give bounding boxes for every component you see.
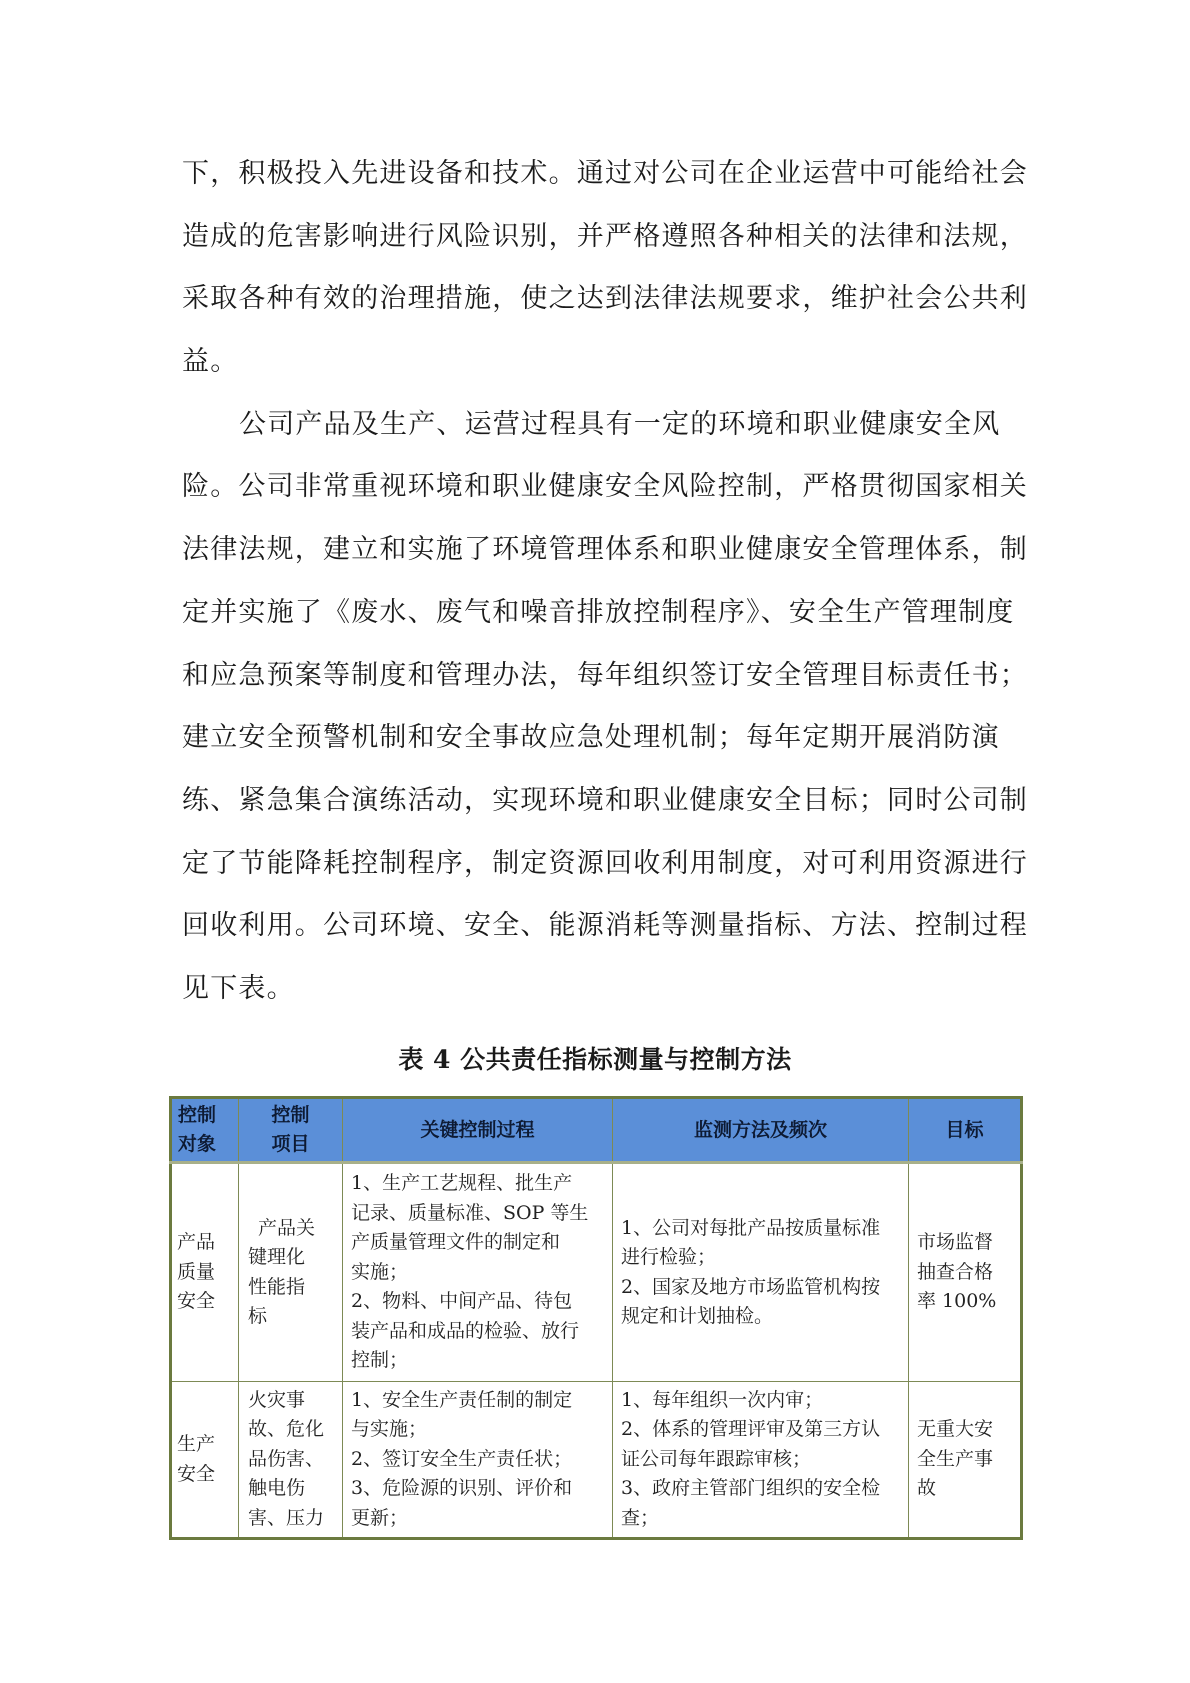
text-line: 和应急预案等制度和管理办法，每年组织签订安全管理目标责任书； [182,645,1012,708]
cell-text: 1、安全生产责任制的制定 [351,1386,604,1416]
cell-control-item: 产品关 键理化 性能指 标 [239,1163,343,1382]
public-responsibility-table: 控制 对象 控制 项目 关键控制过程 监测方法及频次 目标 [169,1096,1023,1540]
text-line: 法律法规，建立和实施了环境管理体系和职业健康安全管理体系，制 [182,519,1012,582]
cell-text: 故 [917,1474,1012,1504]
header-text: 对象 [178,1130,234,1159]
cell-text: 进行检验； [621,1243,900,1273]
text-line-indented: 公司产品及生产、运营过程具有一定的环境和职业健康安全风 [182,394,1012,457]
cell-text: 查； [621,1504,900,1534]
cell-monitoring-method: 1、公司对每批产品按质量标准 进行检验； 2、国家及地方市场监管机构按 规定和计… [613,1163,909,1382]
header-target: 目标 [909,1098,1022,1163]
header-text: 控制 [178,1101,234,1130]
header-control-object: 控制 对象 [171,1098,239,1163]
cell-text: 2、物料、中间产品、待包 [351,1287,604,1317]
text-line: 造成的危害影响进行风险识别，并严格遵照各种相关的法律和法规， [182,206,1012,269]
cell-target: 无重大安 全生产事 故 [909,1382,1022,1539]
cell-key-process: 1、生产工艺规程、批生产 记录、质量标准、SOP 等生 产质量管理文件的制定和 … [343,1163,613,1382]
header-monitoring-method: 监测方法及频次 [613,1098,909,1163]
cell-text: 装产品和成品的检验、放行 [351,1317,604,1347]
text-line: 见下表。 [182,958,1012,1021]
table-row: 生产 安全 火灾事 故、危化 品伤害、 触电伤 害、压力 1、安全生产责任制的制… [171,1382,1022,1539]
table-caption: 表 4 公共责任指标测量与控制方法 [0,1040,1190,1076]
cell-text: 安全 [177,1460,230,1490]
text-line: 回收利用。公司环境、安全、能源消耗等测量指标、方法、控制过程 [182,895,1012,958]
cell-control-object: 产品 质量 安全 [171,1163,239,1382]
cell-text: 故、危化 [248,1415,334,1445]
header-text: 项目 [243,1130,338,1159]
text-line: 定并实施了《废水、废气和噪音排放控制程序》、安全生产管理制度 [182,582,1012,645]
cell-monitoring-method: 1、每年组织一次内审； 2、体系的管理评审及第三方认 证公司每年跟踪审核； 3、… [613,1382,909,1539]
cell-text: 实施； [351,1258,604,1288]
header-text: 目标 [913,1116,1016,1145]
cell-text: 2、国家及地方市场监管机构按 [621,1273,900,1303]
text-line: 采取各种有效的治理措施，使之达到法律法规要求，维护社会公共利 [182,268,1012,331]
cell-text: 与实施； [351,1415,604,1445]
cell-text: 抽查合格 [917,1258,1012,1288]
cell-text: 标 [248,1302,334,1332]
header-control-item: 控制 项目 [239,1098,343,1163]
cell-text: 2、签订安全生产责任状； [351,1445,604,1475]
header-key-process: 关键控制过程 [343,1098,613,1163]
header-text: 监测方法及频次 [617,1116,904,1145]
cell-control-item: 火灾事 故、危化 品伤害、 触电伤 害、压力 [239,1382,343,1539]
text-line: 益。 [182,331,1012,394]
cell-text: 控制； [351,1346,604,1376]
cell-text: 全生产事 [917,1445,1012,1475]
cell-text: 品伤害、 [248,1445,334,1475]
cell-key-process: 1、安全生产责任制的制定 与实施； 2、签订安全生产责任状； 3、危险源的识别、… [343,1382,613,1539]
cell-text: 记录、质量标准、SOP 等生 [351,1199,604,1229]
header-text: 关键控制过程 [347,1116,608,1145]
text-line: 练、紧急集合演练活动，实现环境和职业健康安全目标；同时公司制 [182,770,1012,833]
cell-text: 规定和计划抽检。 [621,1302,900,1332]
cell-text: 更新； [351,1504,604,1534]
cell-text: 火灾事 [248,1386,334,1416]
header-text: 控制 [243,1101,338,1130]
cell-control-object: 生产 安全 [171,1382,239,1539]
cell-text: 键理化 [248,1243,334,1273]
table-header-row: 控制 对象 控制 项目 关键控制过程 监测方法及频次 目标 [171,1098,1022,1163]
table-row: 产品 质量 安全 产品关 键理化 性能指 标 1、生产工艺规程、批生产 记录、质… [171,1163,1022,1382]
cell-target: 市场监督 抽查合格 率 100% [909,1163,1022,1382]
text-line: 定了节能降耗控制程序，制定资源回收利用制度，对可利用资源进行 [182,833,1012,896]
text-line: 建立安全预警机制和安全事故应急处理机制；每年定期开展消防演 [182,707,1012,770]
text-line: 下，积极投入先进设备和技术。通过对公司在企业运营中可能给社会 [182,143,1012,206]
cell-text: 生产 [177,1430,230,1460]
cell-text: 产质量管理文件的制定和 [351,1228,604,1258]
cell-text: 1、公司对每批产品按质量标准 [621,1214,900,1244]
cell-text: 性能指 [248,1273,334,1303]
cell-text: 产品关 [248,1214,334,1244]
document-page: 下，积极投入先进设备和技术。通过对公司在企业运营中可能给社会 造成的危害影响进行… [0,0,1190,1683]
cell-text: 证公司每年跟踪审核； [621,1445,900,1475]
cell-text: 安全 [177,1287,230,1317]
cell-text: 害、压力 [248,1504,334,1534]
cell-text: 触电伤 [248,1474,334,1504]
cell-text: 率 100% [917,1287,1012,1317]
cell-text: 1、生产工艺规程、批生产 [351,1169,604,1199]
cell-text: 产品 [177,1228,230,1258]
text-line: 险。公司非常重视环境和职业健康安全风险控制，严格贯彻国家相关 [182,456,1012,519]
cell-text: 3、危险源的识别、评价和 [351,1474,604,1504]
cell-text: 无重大安 [917,1415,1012,1445]
cell-text: 3、政府主管部门组织的安全检 [621,1474,900,1504]
cell-text: 1、每年组织一次内审； [621,1386,900,1416]
cell-text: 2、体系的管理评审及第三方认 [621,1415,900,1445]
cell-text: 市场监督 [917,1228,1012,1258]
body-text: 下，积极投入先进设备和技术。通过对公司在企业运营中可能给社会 造成的危害影响进行… [182,143,1012,1021]
cell-text: 质量 [177,1258,230,1288]
